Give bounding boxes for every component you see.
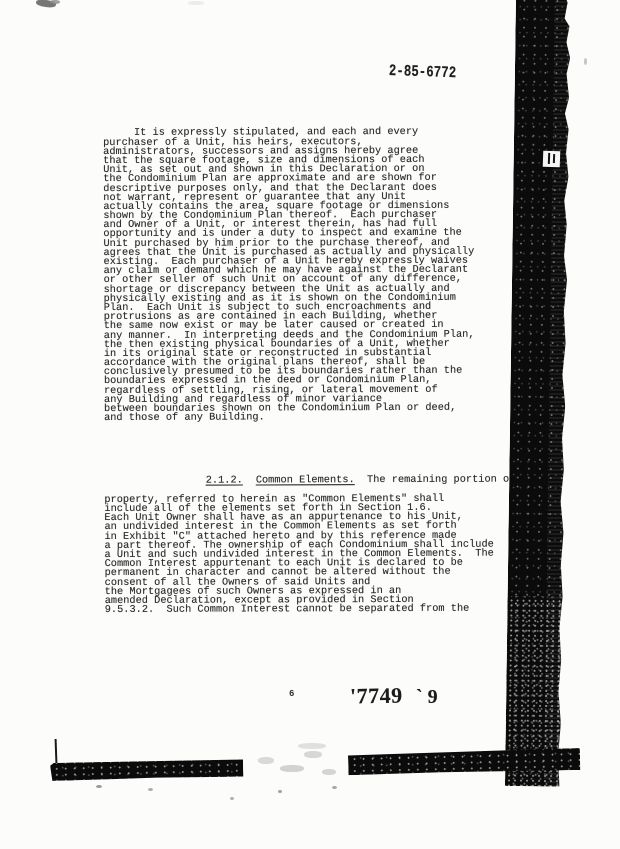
scan-artifact-notch-mark-2 (553, 154, 555, 163)
scan-artifact-speck-1 (96, 785, 102, 788)
scan-artifact-gap-smudge-1 (258, 757, 274, 764)
scan-artifact-left-tick (55, 739, 58, 763)
case-number-stamp: 2-85-6772 (389, 62, 457, 82)
scan-artifact-topleft-smudge-2 (50, 0, 60, 4)
scan-artifact-right-bar (505, 0, 571, 787)
text-line: and those of any Building. (104, 413, 540, 424)
paragraph-2-lines: property, referred to herein as "Common … (104, 494, 540, 615)
scan-artifact-speck-4 (278, 790, 282, 793)
scan-artifact-gap-smudge-2 (280, 765, 304, 772)
scan-artifact-gap-smudge-4 (298, 743, 326, 749)
scan-artifact-speck-2 (148, 788, 153, 791)
section-title: Common Elements. (256, 475, 355, 487)
scan-artifact-speck-6 (584, 58, 587, 65)
document-text-block: It is expressly stipulated, and each and… (103, 109, 541, 652)
scan-artifact-gap-smudge-5 (322, 769, 336, 775)
scan-artifact-notch-mark (548, 153, 550, 164)
paragraph-2: 2.1.2.Common Elements. The remaining por… (104, 448, 540, 633)
paragraph-1: It is expressly stipulated, and each and… (103, 128, 540, 424)
scan-artifact-speck-3 (230, 797, 234, 800)
scan-artifact-speck-5 (332, 786, 337, 789)
scan-artifact-bottom-bar-left (50, 759, 243, 781)
scan-artifact-top-smear (188, 1, 204, 5)
section-heading-line: 2.1.2.Common Elements. The remaining por… (104, 467, 540, 478)
text-line: 9.5.3.2. Such Common Interest cannot be … (105, 605, 541, 616)
document-number-stamp: '7749 (350, 683, 403, 710)
scanned-document-page: 2-85-6772 It is expressly stipulated, an… (0, 0, 620, 849)
scan-artifact-gap-smudge-3 (304, 751, 322, 758)
page-number-stamp: ` 9 (416, 686, 438, 709)
scan-artifact-bar-notch (543, 151, 561, 168)
section-number: 2.1.2. (206, 475, 243, 487)
page-number: 6 (289, 689, 294, 699)
